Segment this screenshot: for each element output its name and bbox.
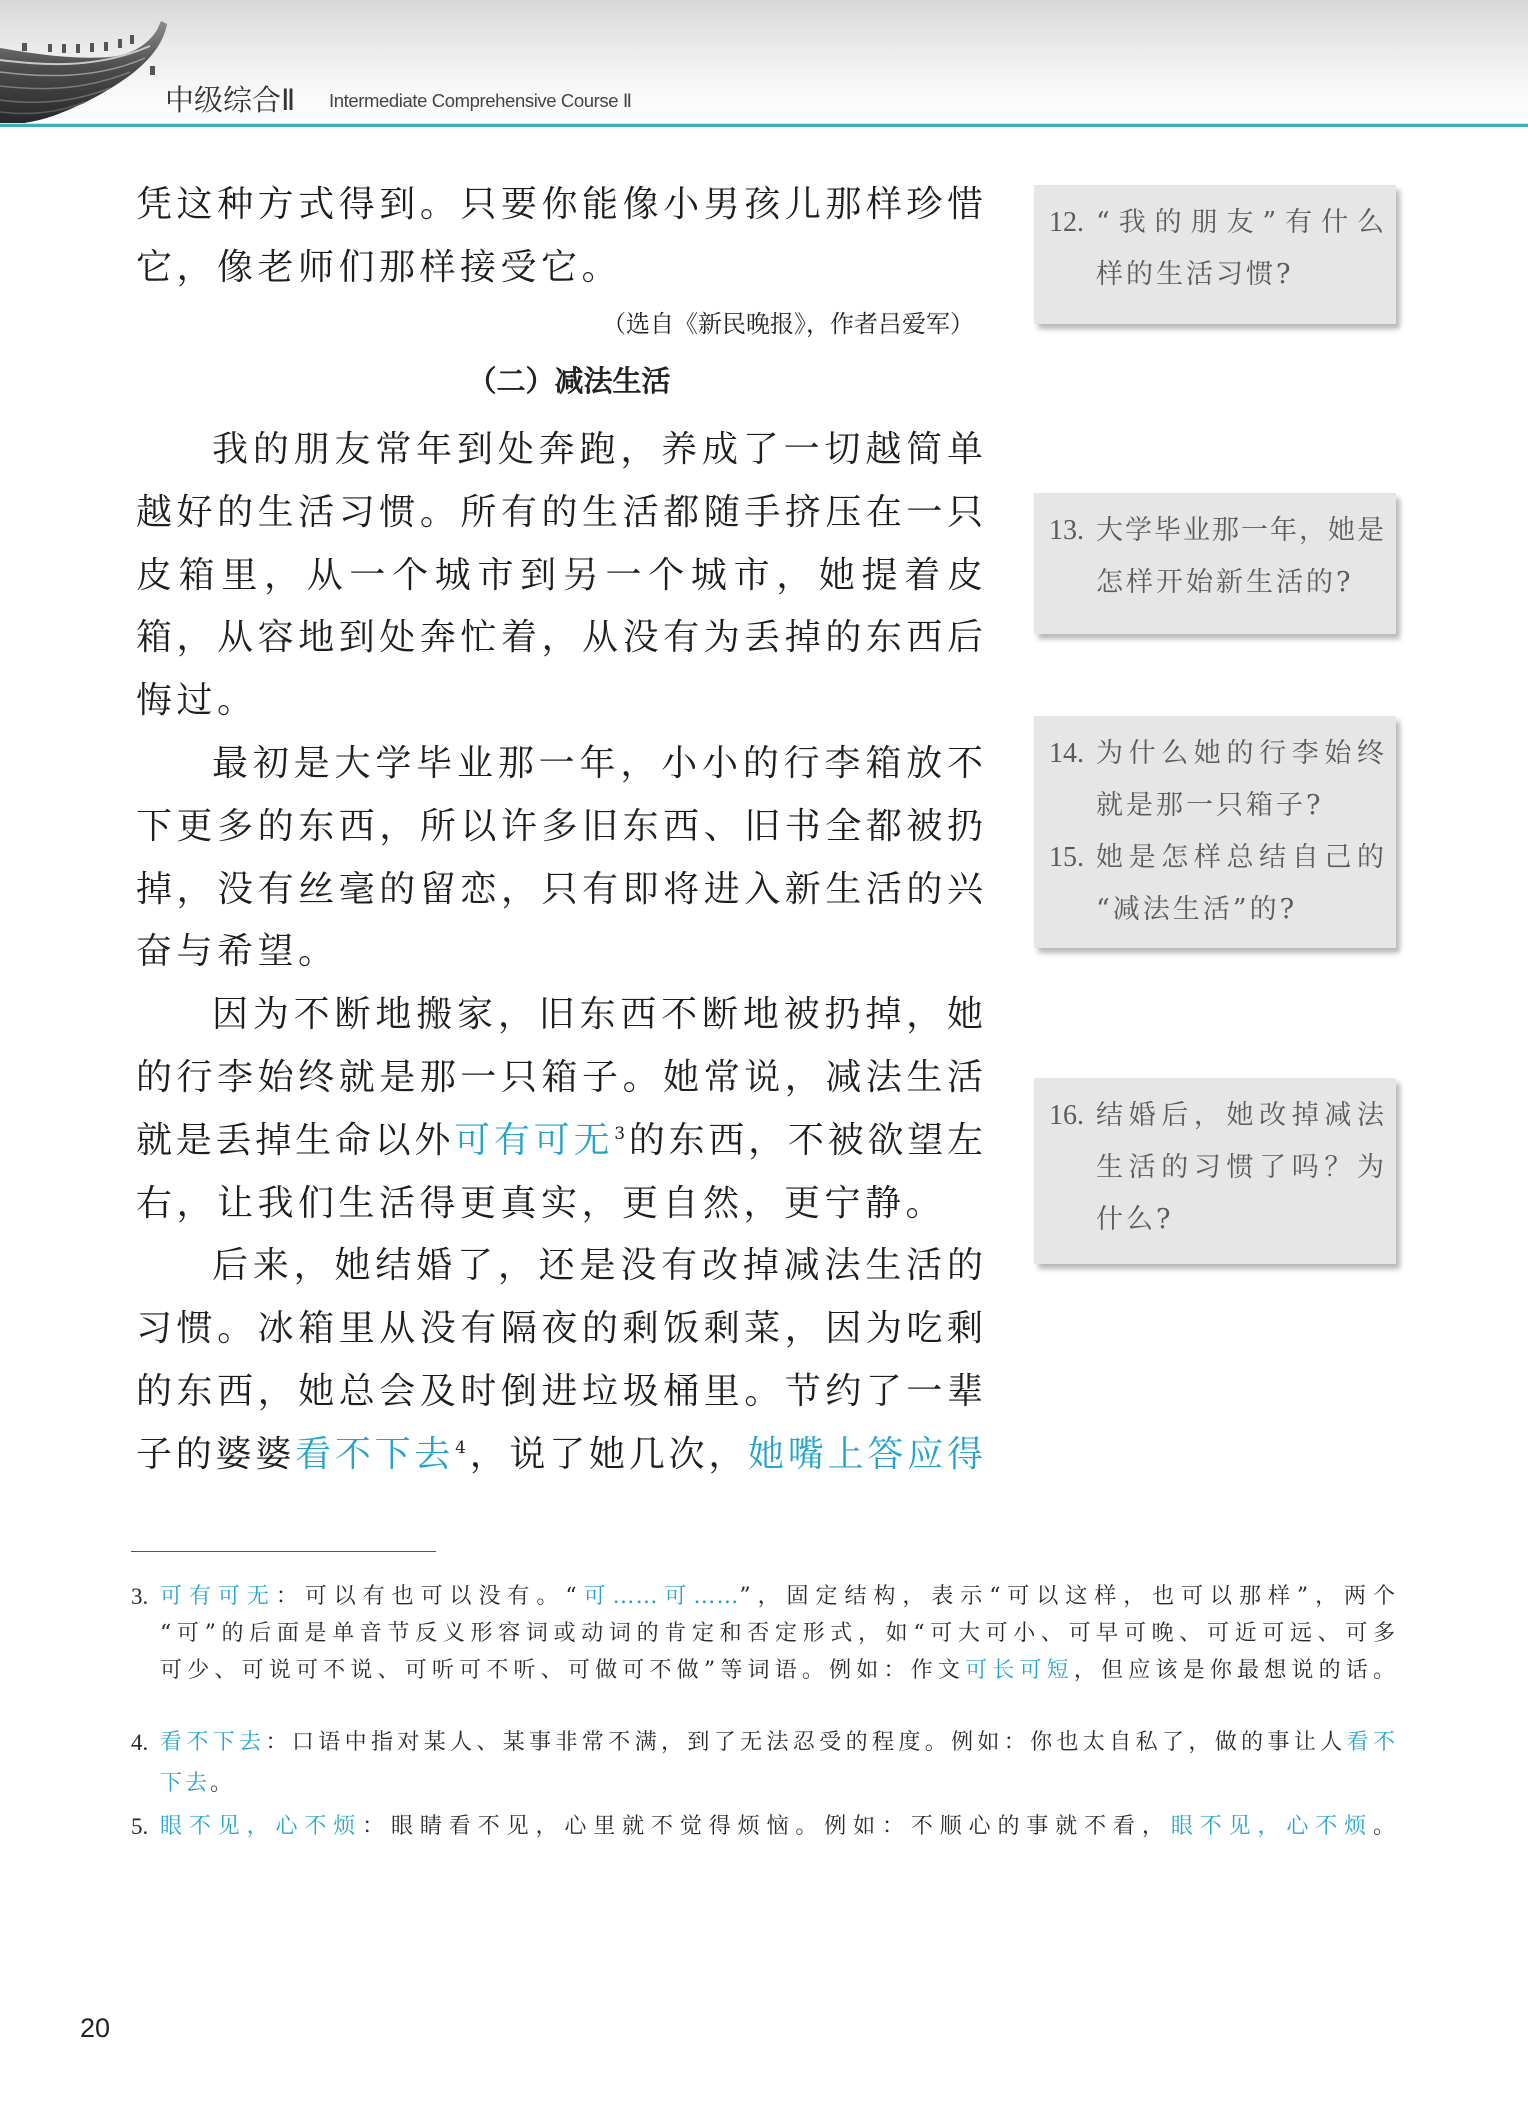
text-segment: 。: [1373, 1814, 1396, 1839]
footnote-text: 下去。: [160, 1763, 1396, 1804]
footnote-text: 可少、可说可不说、可听可不听、可做可不做”等词语。例如：作文可长可短，但应该是你…: [160, 1652, 1396, 1689]
footnote-line: 4. 看不下去：口语中指对某人、某事非常不满，到了无法忍受的程度。例如：你也太自…: [131, 1722, 1396, 1763]
book-title-english: Intermediate Comprehensive Course Ⅱ: [329, 89, 632, 113]
text-line: 最初是大学毕业那一年，小小的行李箱放不: [136, 733, 984, 796]
chinese-roof-eave-icon: [0, 0, 172, 126]
question-text: “减法生活”的?: [1096, 884, 1385, 936]
text-segment: ：可以有也可以没有。“: [276, 1584, 578, 1609]
text-line: 奋与希望。: [136, 921, 984, 984]
question-box-13: 13. 大学毕业那一年，她是 怎样开始新生活的?: [1034, 493, 1396, 634]
question-13: 13. 大学毕业那一年，她是: [1049, 505, 1385, 557]
text-line: 就是丢掉生命以外可有可无3的东西，不被欲望左: [136, 1110, 984, 1173]
vocabulary-term: 可……可……: [578, 1584, 740, 1609]
question-text: 她是怎样总结自己的: [1096, 832, 1385, 884]
question-box-14-15: 14. 为什么她的行李始终 就是那一只箱子? 15. 她是怎样总结自己的 “减法…: [1034, 716, 1396, 948]
question-box-16: 16. 结婚后，她改掉减法 生活的习惯了吗？为 什么?: [1034, 1078, 1396, 1264]
textbook-page: 中级综合Ⅱ Intermediate Comprehensive Course …: [0, 0, 1528, 2119]
text-line: 右，让我们生活得更真实，更自然，更宁静。: [136, 1173, 984, 1236]
paragraph: 我的朋友常年到处奔跑，养成了一切越简单 越好的生活习惯。所有的生活都随手挤压在一…: [136, 419, 984, 733]
vocabulary-term: 可有可无: [160, 1584, 276, 1609]
text-segment: ，说了她几次，: [467, 1434, 748, 1475]
vocabulary-term: 眼不见，心不烦: [1171, 1814, 1373, 1839]
vocabulary-term: 看不: [1347, 1730, 1396, 1755]
text-segment: 可少、可说可不说、可听可不听、可做可不做”等词语。例如：作文: [160, 1658, 965, 1683]
footnote-ref: 3: [614, 1124, 625, 1144]
text-line: 我的朋友常年到处奔跑，养成了一切越简单: [136, 419, 984, 482]
text-line: 子的婆婆看不下去4，说了她几次，她嘴上答应得: [136, 1424, 984, 1487]
text-line: 越好的生活习惯。所有的生活都随手挤压在一只: [136, 482, 984, 545]
question-line: 样的生活习惯?: [1049, 249, 1385, 301]
text-line: 皮箱里，从一个城市到另一个城市，她提着皮: [136, 545, 984, 608]
text-segment: 就是丢掉生命以外: [136, 1120, 454, 1161]
question-text: 什么?: [1096, 1194, 1385, 1246]
text-segment: ，但应该是你最想说的话。: [1074, 1658, 1396, 1683]
text-segment: ：口语中指对某人、某事非常不满，到了无法忍受的程度。例如：你也太自私了，做的事让…: [265, 1730, 1346, 1755]
paragraph: 最初是大学毕业那一年，小小的行李箱放不 下更多的东西，所以许多旧东西、旧书全都被…: [136, 733, 984, 984]
text-line: 后来，她结婚了，还是没有改掉减法生活的: [136, 1235, 984, 1298]
footnote-line: 下去。: [131, 1763, 1396, 1804]
question-text: 样的生活习惯?: [1096, 249, 1385, 301]
text-line: 的东西，她总会及时倒进垃圾桶里。节约了一辈: [136, 1361, 984, 1424]
text-line: 掉，没有丝毫的留恋，只有即将进入新生活的兴: [136, 859, 984, 922]
question-number: 12.: [1049, 197, 1096, 249]
paragraph: 后来，她结婚了，还是没有改掉减法生活的 习惯。冰箱里从没有隔夜的剩饭剩菜，因为吃…: [136, 1235, 984, 1486]
question-box-12: 12. “我的朋友”有什么 样的生活习惯?: [1034, 185, 1396, 324]
vocabulary-term: 看不下去: [160, 1730, 265, 1755]
text-line: 下更多的东西，所以许多旧东西、旧书全都被扔: [136, 796, 984, 859]
footnote-number: 4.: [131, 1722, 160, 1763]
running-header: 中级综合Ⅱ Intermediate Comprehensive Course …: [0, 0, 1528, 125]
question-number: 13.: [1049, 505, 1096, 557]
footnote-line: 3. 可有可无：可以有也可以没有。“可……可……”，固定结构，表示“可以这样，也…: [131, 1578, 1396, 1615]
text-segment: ：眼睛看不见，心里就不觉得烦恼。例如：不顺心的事就不看，: [362, 1814, 1171, 1839]
question-number: 15.: [1049, 832, 1096, 884]
footnote-separator: [131, 1551, 436, 1552]
footnote-text: 眼不见，心不烦：眼睛看不见，心里就不觉得烦恼。例如：不顺心的事就不看，眼不见，心…: [160, 1806, 1396, 1847]
question-text: 结婚后，她改掉减法: [1096, 1090, 1385, 1142]
question-line: 生活的习惯了吗？为: [1049, 1142, 1385, 1194]
text-segment: 子的婆婆: [136, 1434, 295, 1475]
footnote-number: 5.: [131, 1806, 160, 1847]
question-text: 怎样开始新生活的?: [1096, 557, 1385, 609]
text-line: 悔过。: [136, 670, 984, 733]
vocabulary-term: 可有可无: [454, 1120, 613, 1161]
vocabulary-term: 她嘴上答应得: [748, 1434, 984, 1475]
text-line: 因为不断地搬家，旧东西不断地被扔掉，她: [136, 984, 984, 1047]
footnote-text: 看不下去：口语中指对某人、某事非常不满，到了无法忍受的程度。例如：你也太自私了，…: [160, 1722, 1396, 1763]
question-text: 就是那一只箱子?: [1096, 780, 1385, 832]
question-line: 就是那一只箱子?: [1049, 780, 1385, 832]
text-line: 的行李始终就是那一只箱子。她常说，减法生活: [136, 1047, 984, 1110]
question-16: 16. 结婚后，她改掉减法: [1049, 1090, 1385, 1142]
question-text: 大学毕业那一年，她是: [1096, 505, 1385, 557]
header-divider: [0, 123, 1528, 127]
text-line: 凭这种方式得到。只要你能像小男孩儿那样珍惜: [136, 174, 984, 237]
vocabulary-term: 看不下去: [295, 1434, 454, 1475]
text-line: 习惯。冰箱里从没有隔夜的剩饭剩菜，因为吃剩: [136, 1298, 984, 1361]
footnote-text: “可”的后面是单音节反义形容词或动词的肯定和否定形式，如“可大可小、可早可晚、可…: [160, 1615, 1396, 1652]
question-14: 14. 为什么她的行李始终: [1049, 728, 1385, 780]
paragraph: 因为不断地搬家，旧东西不断地被扔掉，她 的行李始终就是那一只箱子。她常说，减法生…: [136, 984, 984, 1235]
question-text: 生活的习惯了吗？为: [1096, 1142, 1385, 1194]
footnote-text: 可有可无：可以有也可以没有。“可……可……”，固定结构，表示“可以这样，也可以那…: [160, 1578, 1396, 1615]
footnote-ref: 4: [455, 1438, 466, 1458]
footnote-line: 可少、可说可不说、可听可不听、可做可不做”等词语。例如：作文可长可短，但应该是你…: [131, 1652, 1396, 1689]
question-text: “我的朋友”有什么: [1096, 197, 1385, 249]
question-line: “减法生活”的?: [1049, 884, 1385, 936]
footnote-number: 3.: [131, 1578, 160, 1615]
question-15: 15. 她是怎样总结自己的: [1049, 832, 1385, 884]
question-12: 12. “我的朋友”有什么: [1049, 197, 1385, 249]
question-number: 16.: [1049, 1090, 1096, 1142]
question-line: 怎样开始新生活的?: [1049, 557, 1385, 609]
text-segment: 。: [210, 1771, 235, 1796]
footnote-line: 5. 眼不见，心不烦：眼睛看不见，心里就不觉得烦恼。例如：不顺心的事就不看，眼不…: [131, 1806, 1396, 1847]
question-number: 14.: [1049, 728, 1096, 780]
book-title-chinese: 中级综合Ⅱ: [165, 83, 295, 117]
text-segment: 的东西，不被欲望左: [626, 1120, 984, 1161]
question-text: 为什么她的行李始终: [1096, 728, 1385, 780]
text-line: 箱，从容地到处奔忙着，从没有为丢掉的东西后: [136, 607, 984, 670]
intro-paragraph-end: 凭这种方式得到。只要你能像小男孩儿那样珍惜 它，像老师们那样接受它。: [136, 174, 984, 300]
question-line: 什么?: [1049, 1194, 1385, 1246]
vocabulary-term: 可长可短: [965, 1658, 1074, 1683]
vocabulary-term: 下去: [160, 1771, 210, 1796]
footnote-line: “可”的后面是单音节反义形容词或动词的肯定和否定形式，如“可大可小、可早可晚、可…: [131, 1615, 1396, 1652]
footnote-5: 5. 眼不见，心不烦：眼睛看不见，心里就不觉得烦恼。例如：不顺心的事就不看，眼不…: [131, 1806, 1396, 1847]
section-heading: （二）减法生活: [154, 359, 984, 403]
source-citation: （选自《新民晚报》，作者吕爱军）: [136, 304, 974, 344]
footnote-4: 4. 看不下去：口语中指对某人、某事非常不满，到了无法忍受的程度。例如：你也太自…: [131, 1722, 1396, 1804]
vocabulary-term: 眼不见，心不烦: [160, 1814, 362, 1839]
text-line: 它，像老师们那样接受它。: [136, 237, 984, 300]
text-segment: ”，固定结构，表示“可以这样，也可以那样”，两个: [739, 1584, 1396, 1609]
page-number: 20: [80, 2012, 110, 2044]
article-body: 我的朋友常年到处奔跑，养成了一切越简单 越好的生活习惯。所有的生活都随手挤压在一…: [136, 419, 984, 1487]
footnote-3: 3. 可有可无：可以有也可以没有。“可……可……”，固定结构，表示“可以这样，也…: [131, 1578, 1396, 1689]
